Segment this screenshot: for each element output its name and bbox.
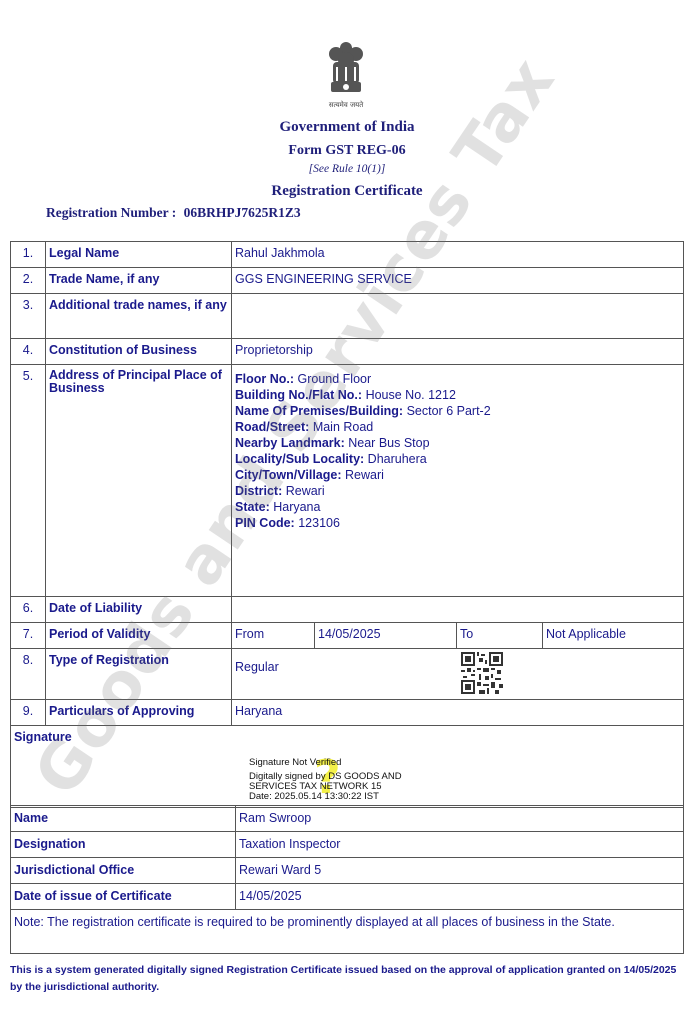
row-number: 3. (11, 294, 46, 339)
table-row: 7. Period of Validity From 14/05/2025 To… (11, 623, 684, 649)
legal-name-value: Rahul Jakhmola (232, 242, 684, 268)
registration-details-table: 1. Legal Name Rahul Jakhmola 2. Trade Na… (10, 241, 684, 808)
validity-from-value: 14/05/2025 (315, 623, 457, 649)
table-row: Date of issue of Certificate 14/05/2025 (11, 884, 684, 910)
row-number: 7. (11, 623, 46, 649)
national-emblem-icon: सत्यमेव जयते (318, 38, 374, 112)
field-label: Address of Principal Place of Business (46, 365, 232, 597)
address-line: Locality/Sub Locality: Dharuhera (235, 451, 680, 467)
table-row: 2. Trade Name, if any GGS ENGINEERING SE… (11, 268, 684, 294)
row-number: 1. (11, 242, 46, 268)
registration-number: Registration Number : 06BRHPJ7625R1Z3 (46, 205, 301, 221)
row-number: 2. (11, 268, 46, 294)
address-line: City/Town/Village: Rewari (235, 467, 680, 483)
table-row: 1. Legal Name Rahul Jakhmola (11, 242, 684, 268)
registration-type-text: Regular (235, 660, 279, 675)
jurisdictional-office-value: Rewari Ward 5 (236, 858, 684, 884)
field-label: Trade Name, if any (46, 268, 232, 294)
address-value: Floor No.: Ground Floor Building No./Fla… (232, 365, 684, 597)
validity-to-value: Not Applicable (543, 623, 684, 649)
table-row: Name Ram Swroop (11, 806, 684, 832)
officer-name-value: Ram Swroop (236, 806, 684, 832)
digital-signature: Signature Not Verified Digitally signed … (249, 758, 402, 802)
field-label: Particulars of Approving (46, 700, 232, 726)
certificate-title: Registration Certificate (2, 183, 690, 200)
signature-status: Signature Not Verified (249, 758, 402, 768)
field-label: Additional trade names, if any (46, 294, 232, 339)
address-line: Name Of Premises/Building: Sector 6 Part… (235, 403, 680, 419)
field-label: Constitution of Business (46, 339, 232, 365)
row-number: 4. (11, 339, 46, 365)
address-line: Floor No.: Ground Floor (235, 371, 680, 387)
address-line: District: Rewari (235, 483, 680, 499)
field-label: Period of Validity (46, 623, 232, 649)
table-row: 6. Date of Liability (11, 597, 684, 623)
address-line: Road/Street: Main Road (235, 419, 680, 435)
validity-from-label: From (232, 623, 315, 649)
note-text: Note: The registration certificate is re… (11, 910, 684, 954)
signature-date: Date: 2025.05.14 13:30:22 IST (249, 792, 402, 802)
issue-date-label: Date of issue of Certificate (11, 884, 236, 910)
officer-name-label: Name (11, 806, 236, 832)
address-line: Nearby Landmark: Near Bus Stop (235, 435, 680, 451)
table-row: 8. Type of Registration Regular (11, 649, 684, 700)
row-number: 9. (11, 700, 46, 726)
government-title: Government of India (2, 119, 690, 136)
row-number: 5. (11, 365, 46, 597)
designation-value: Taxation Inspector (236, 832, 684, 858)
table-row: Jurisdictional Office Rewari Ward 5 (11, 858, 684, 884)
row-number: 8. (11, 649, 46, 700)
table-row: 5. Address of Principal Place of Busines… (11, 365, 684, 597)
approving-authority-value: Haryana (232, 700, 684, 726)
footer-disclaimer: This is a system generated digitally sig… (10, 962, 680, 995)
field-label: Legal Name (46, 242, 232, 268)
issue-date-value: 14/05/2025 (236, 884, 684, 910)
field-label: Date of Liability (46, 597, 232, 623)
constitution-value: Proprietorship (232, 339, 684, 365)
field-label: Type of Registration (46, 649, 232, 700)
table-row: 9. Particulars of Approving Haryana (11, 700, 684, 726)
table-row: Designation Taxation Inspector (11, 832, 684, 858)
designation-label: Designation (11, 832, 236, 858)
additional-trade-names-value (232, 294, 684, 339)
svg-text:सत्यमेव जयते: सत्यमेव जयते (329, 100, 364, 109)
registration-type-value: Regular (232, 649, 684, 700)
officer-details-table: Name Ram Swroop Designation Taxation Ins… (10, 805, 684, 954)
qr-code-icon (461, 652, 503, 694)
jurisdictional-office-label: Jurisdictional Office (11, 858, 236, 884)
address-line: PIN Code: 123106 (235, 515, 680, 531)
table-row: 4. Constitution of Business Proprietorsh… (11, 339, 684, 365)
form-name: Form GST REG-06 (2, 143, 690, 159)
rule-reference: [See Rule 10(1)] (2, 163, 690, 175)
address-line: State: Haryana (235, 499, 680, 515)
table-row: 3. Additional trade names, if any (11, 294, 684, 339)
trade-name-value: GGS ENGINEERING SERVICE (232, 268, 684, 294)
row-number: 6. (11, 597, 46, 623)
note-row: Note: The registration certificate is re… (11, 910, 684, 954)
address-line: Building No./Flat No.: House No. 1212 (235, 387, 680, 403)
validity-to-label: To (457, 623, 543, 649)
date-of-liability-value (232, 597, 684, 623)
